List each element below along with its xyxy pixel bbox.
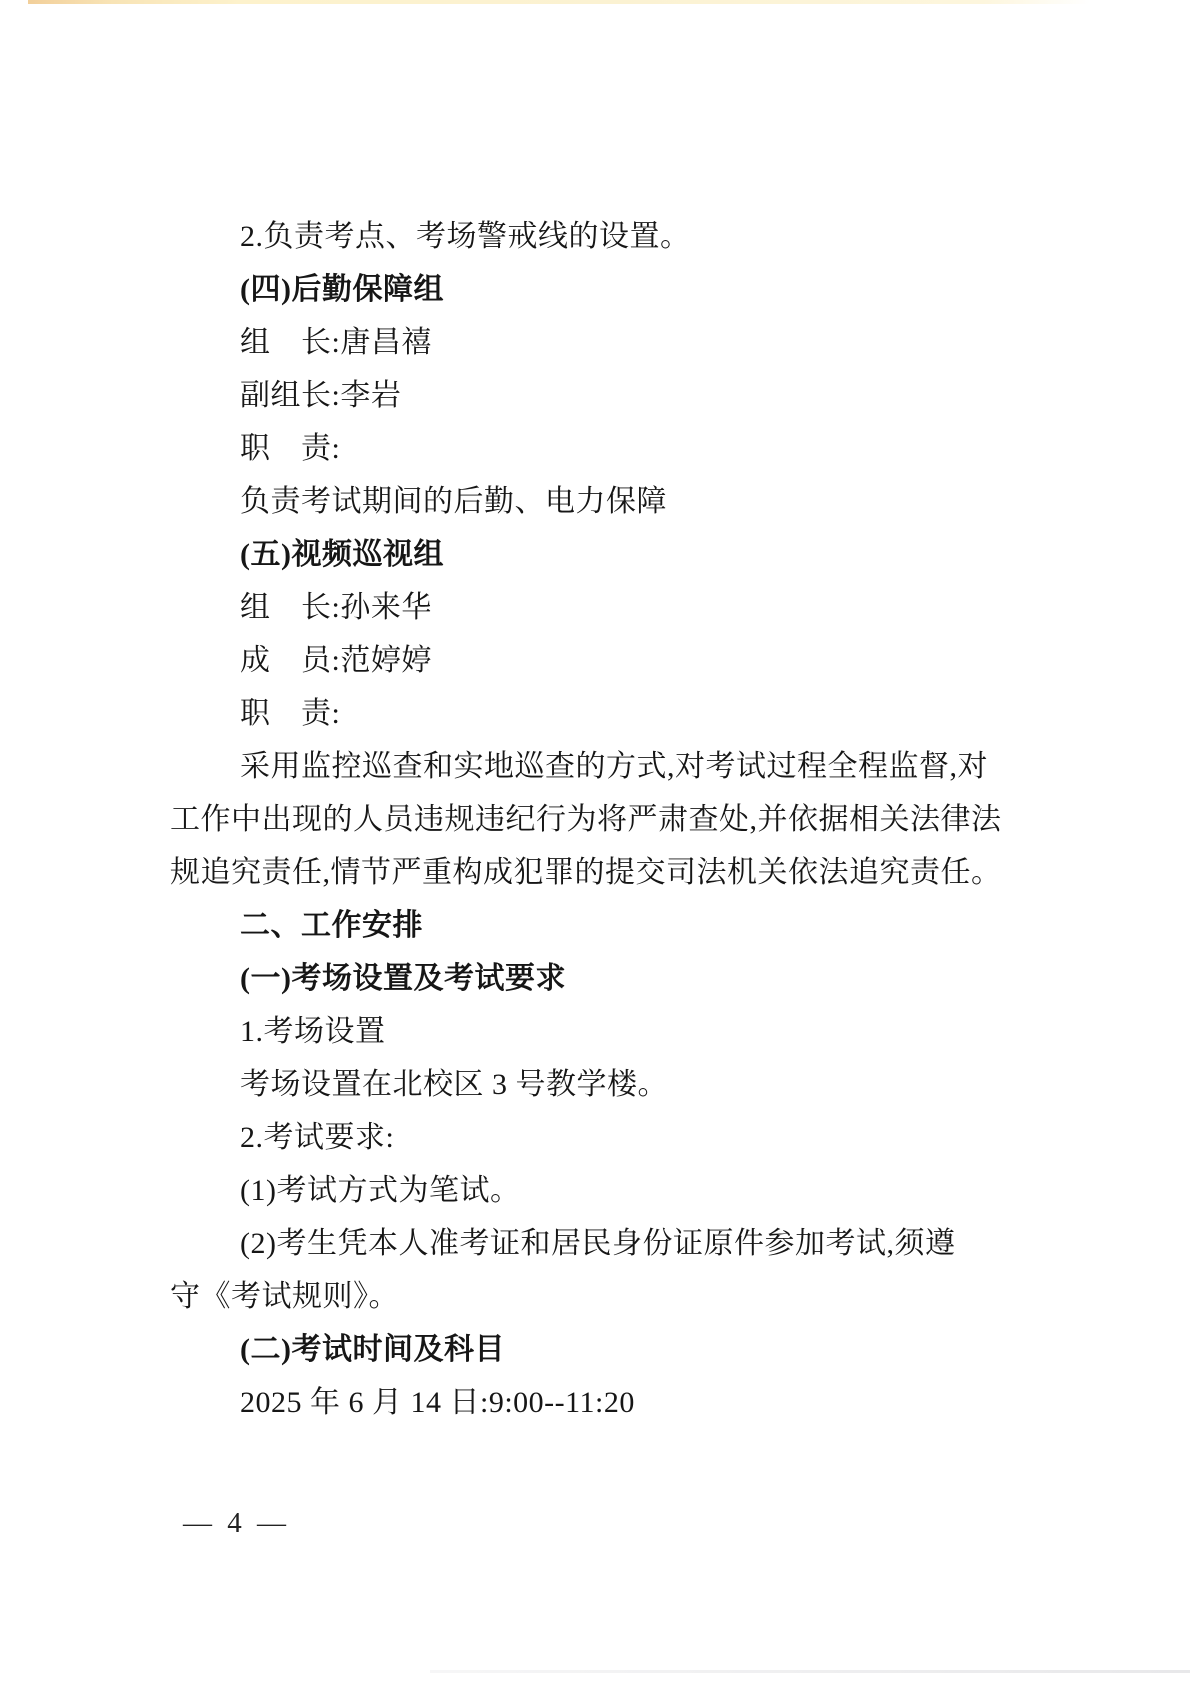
bottom-scan-artifact-band [430, 1670, 1190, 1673]
document-line: 成 员:范婷婷 [170, 634, 1035, 687]
document-line: (一)考场设置及考试要求 [170, 952, 1035, 1005]
page-number: — 4 — [183, 1503, 290, 1543]
document-line: 负责考试期间的后勤、电力保障 [170, 475, 1035, 528]
document-line: (四)后勤保障组 [170, 263, 1035, 316]
document-line: (二)考试时间及科目 [170, 1323, 1035, 1376]
document-line: (五)视频巡视组 [170, 528, 1035, 581]
document-line: 二、工作安排 [170, 899, 1035, 952]
document-line: 工作中出现的人员违规违纪行为将严肃查处,并依据相关法律法 [170, 793, 1035, 846]
document-line: 考场设置在北校区 3 号教学楼。 [170, 1058, 1035, 1111]
document-line: 规追究责任,情节严重构成犯罪的提交司法机关依法追究责任。 [170, 846, 1035, 899]
document-line: 采用监控巡查和实地巡查的方式,对考试过程全程监督,对 [170, 740, 1035, 793]
document-line: 2.考试要求: [170, 1111, 1035, 1164]
document-page: 2.负责考点、考场警戒线的设置。(四)后勤保障组组 长:唐昌禧副组长:李岩职 责… [0, 0, 1190, 1684]
document-line: 2.负责考点、考场警戒线的设置。 [170, 210, 1035, 263]
document-line: 职 责: [170, 687, 1035, 740]
document-line: (2)考生凭本人准考证和居民身份证原件参加考试,须遵 [170, 1217, 1035, 1270]
document-line: 守《考试规则》。 [170, 1270, 1035, 1323]
document-line: 1.考场设置 [170, 1005, 1035, 1058]
document-lines: 2.负责考点、考场警戒线的设置。(四)后勤保障组组 长:唐昌禧副组长:李岩职 责… [170, 210, 1035, 1429]
document-line: 组 长:唐昌禧 [170, 316, 1035, 369]
document-line: 职 责: [170, 422, 1035, 475]
top-scan-artifact-band [28, 0, 1090, 4]
document-line: (1)考试方式为笔试。 [170, 1164, 1035, 1217]
document-line: 2025 年 6 月 14 日:9:00--11:20 [170, 1376, 1035, 1429]
document-line: 组 长:孙来华 [170, 581, 1035, 634]
document-line: 副组长:李岩 [170, 369, 1035, 422]
